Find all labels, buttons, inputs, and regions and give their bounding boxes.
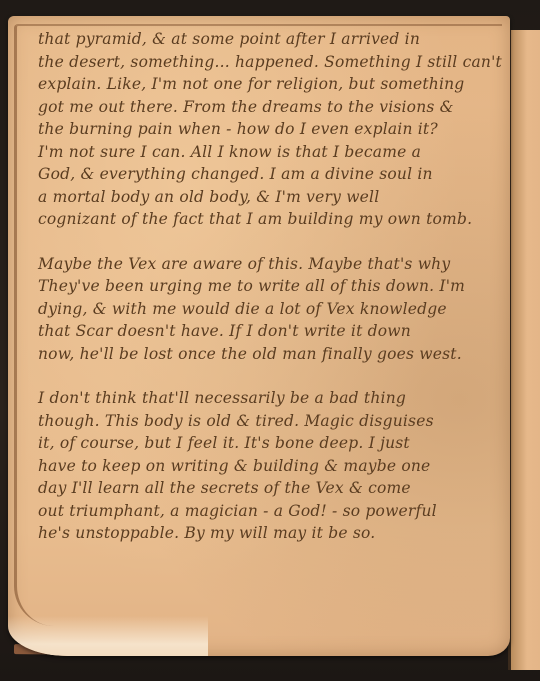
text-line: day I'll learn all the secrets of the Ve… <box>38 477 508 500</box>
text-line: that Scar doesn't have. If I don't write… <box>38 320 508 343</box>
handwritten-text: that pyramid, & at some point after I ar… <box>38 28 508 545</box>
journal-page: that pyramid, & at some point after I ar… <box>8 16 510 656</box>
text-line: got me out there. From the dreams to the… <box>38 96 508 119</box>
text-line: God, & everything changed. I am a divine… <box>38 163 508 186</box>
text-line: the burning pain when - how do I even ex… <box>38 118 508 141</box>
text-line: dying, & with me would die a lot of Vex … <box>38 298 508 321</box>
paragraph-spacer <box>38 365 508 387</box>
page-curl-corner <box>8 616 208 656</box>
text-line: the desert, something... happened. Somet… <box>38 51 508 74</box>
paragraph-3: I don't think that'll necessarily be a b… <box>38 387 508 545</box>
text-line: Maybe the Vex are aware of this. Maybe t… <box>38 253 508 276</box>
text-line: he's unstoppable. By my will may it be s… <box>38 522 508 545</box>
paragraph-1: that pyramid, & at some point after I ar… <box>38 28 508 231</box>
text-line: They've been urging me to write all of t… <box>38 275 508 298</box>
journal-photo: that pyramid, & at some point after I ar… <box>0 0 540 681</box>
text-line: a mortal body an old body, & I'm very we… <box>38 186 508 209</box>
text-line: though. This body is old & tired. Magic … <box>38 410 508 433</box>
paragraph-spacer <box>38 231 508 253</box>
text-line: I'm not sure I can. All I know is that I… <box>38 141 508 164</box>
text-line: have to keep on writing & building & may… <box>38 455 508 478</box>
paragraph-2: Maybe the Vex are aware of this. Maybe t… <box>38 253 508 366</box>
text-line: that pyramid, & at some point after I ar… <box>38 28 508 51</box>
text-line: cognizant of the fact that I am building… <box>38 208 508 231</box>
adjacent-page-edge <box>508 30 540 670</box>
text-line: it, of course, but I feel it. It's bone … <box>38 432 508 455</box>
text-line: I don't think that'll necessarily be a b… <box>38 387 508 410</box>
text-line: out triumphant, a magician - a God! - so… <box>38 500 508 523</box>
text-line: explain. Like, I'm not one for religion,… <box>38 73 508 96</box>
text-line: now, he'll be lost once the old man fina… <box>38 343 508 366</box>
